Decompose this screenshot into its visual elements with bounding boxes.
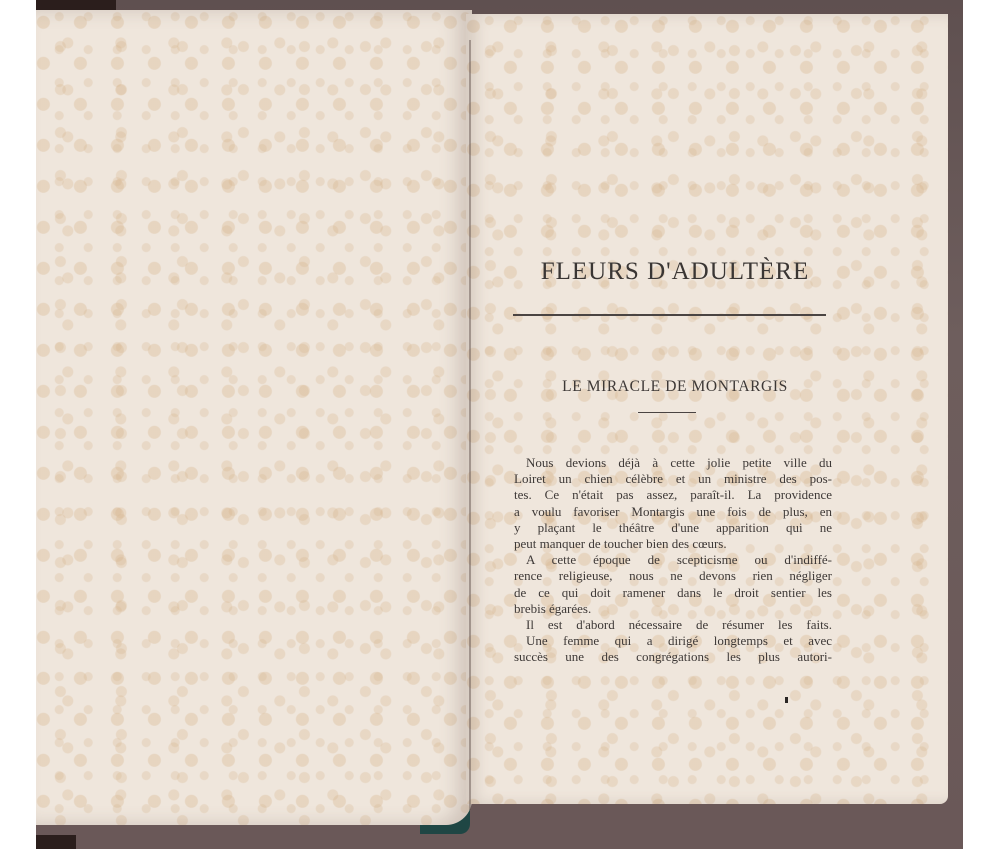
- chapter-rule: [638, 412, 696, 413]
- text-line: succès une des congrégations les plus au…: [514, 649, 832, 665]
- body-text: Nous devions déjà à cette jolie petite v…: [514, 455, 832, 666]
- text-line: a voulu favoriser Montargis une fois de …: [514, 504, 832, 520]
- book-spine-gutter: [469, 40, 471, 810]
- title-rule: [513, 314, 826, 316]
- text-line: y plaçant le théâtre d'une apparition qu…: [514, 520, 832, 536]
- text-line: de ce qui doit ramener dans le droit sen…: [514, 585, 832, 601]
- text-line: peut manquer de toucher bien des cœurs.: [514, 536, 832, 552]
- book-title: FLEURS D'ADULTÈRE: [510, 258, 840, 286]
- printer-mark: [785, 697, 788, 703]
- text-line: Une femme qui a dirigé longtemps et avec: [514, 633, 832, 649]
- dark-corner-bottom: [36, 835, 76, 849]
- text-line: Il est d'abord nécessaire de résumer les…: [514, 617, 832, 633]
- right-margin: [963, 0, 999, 849]
- left-page-blank: [36, 10, 472, 825]
- text-line: Nous devions déjà à cette jolie petite v…: [514, 455, 832, 471]
- chapter-title: LE MIRACLE DE MONTARGIS: [510, 378, 840, 396]
- text-line: Loiret un chien célèbre et un ministre d…: [514, 471, 832, 487]
- text-line: A cette époque de scepticisme ou d'indif…: [514, 552, 832, 568]
- right-page: [466, 14, 948, 804]
- text-line: rence religieuse, nous ne devons rien né…: [514, 568, 832, 584]
- text-line: brebis égarées.: [514, 601, 832, 617]
- left-margin: [0, 0, 36, 849]
- text-line: tes. Ce n'était pas assez, paraît-il. La…: [514, 487, 832, 503]
